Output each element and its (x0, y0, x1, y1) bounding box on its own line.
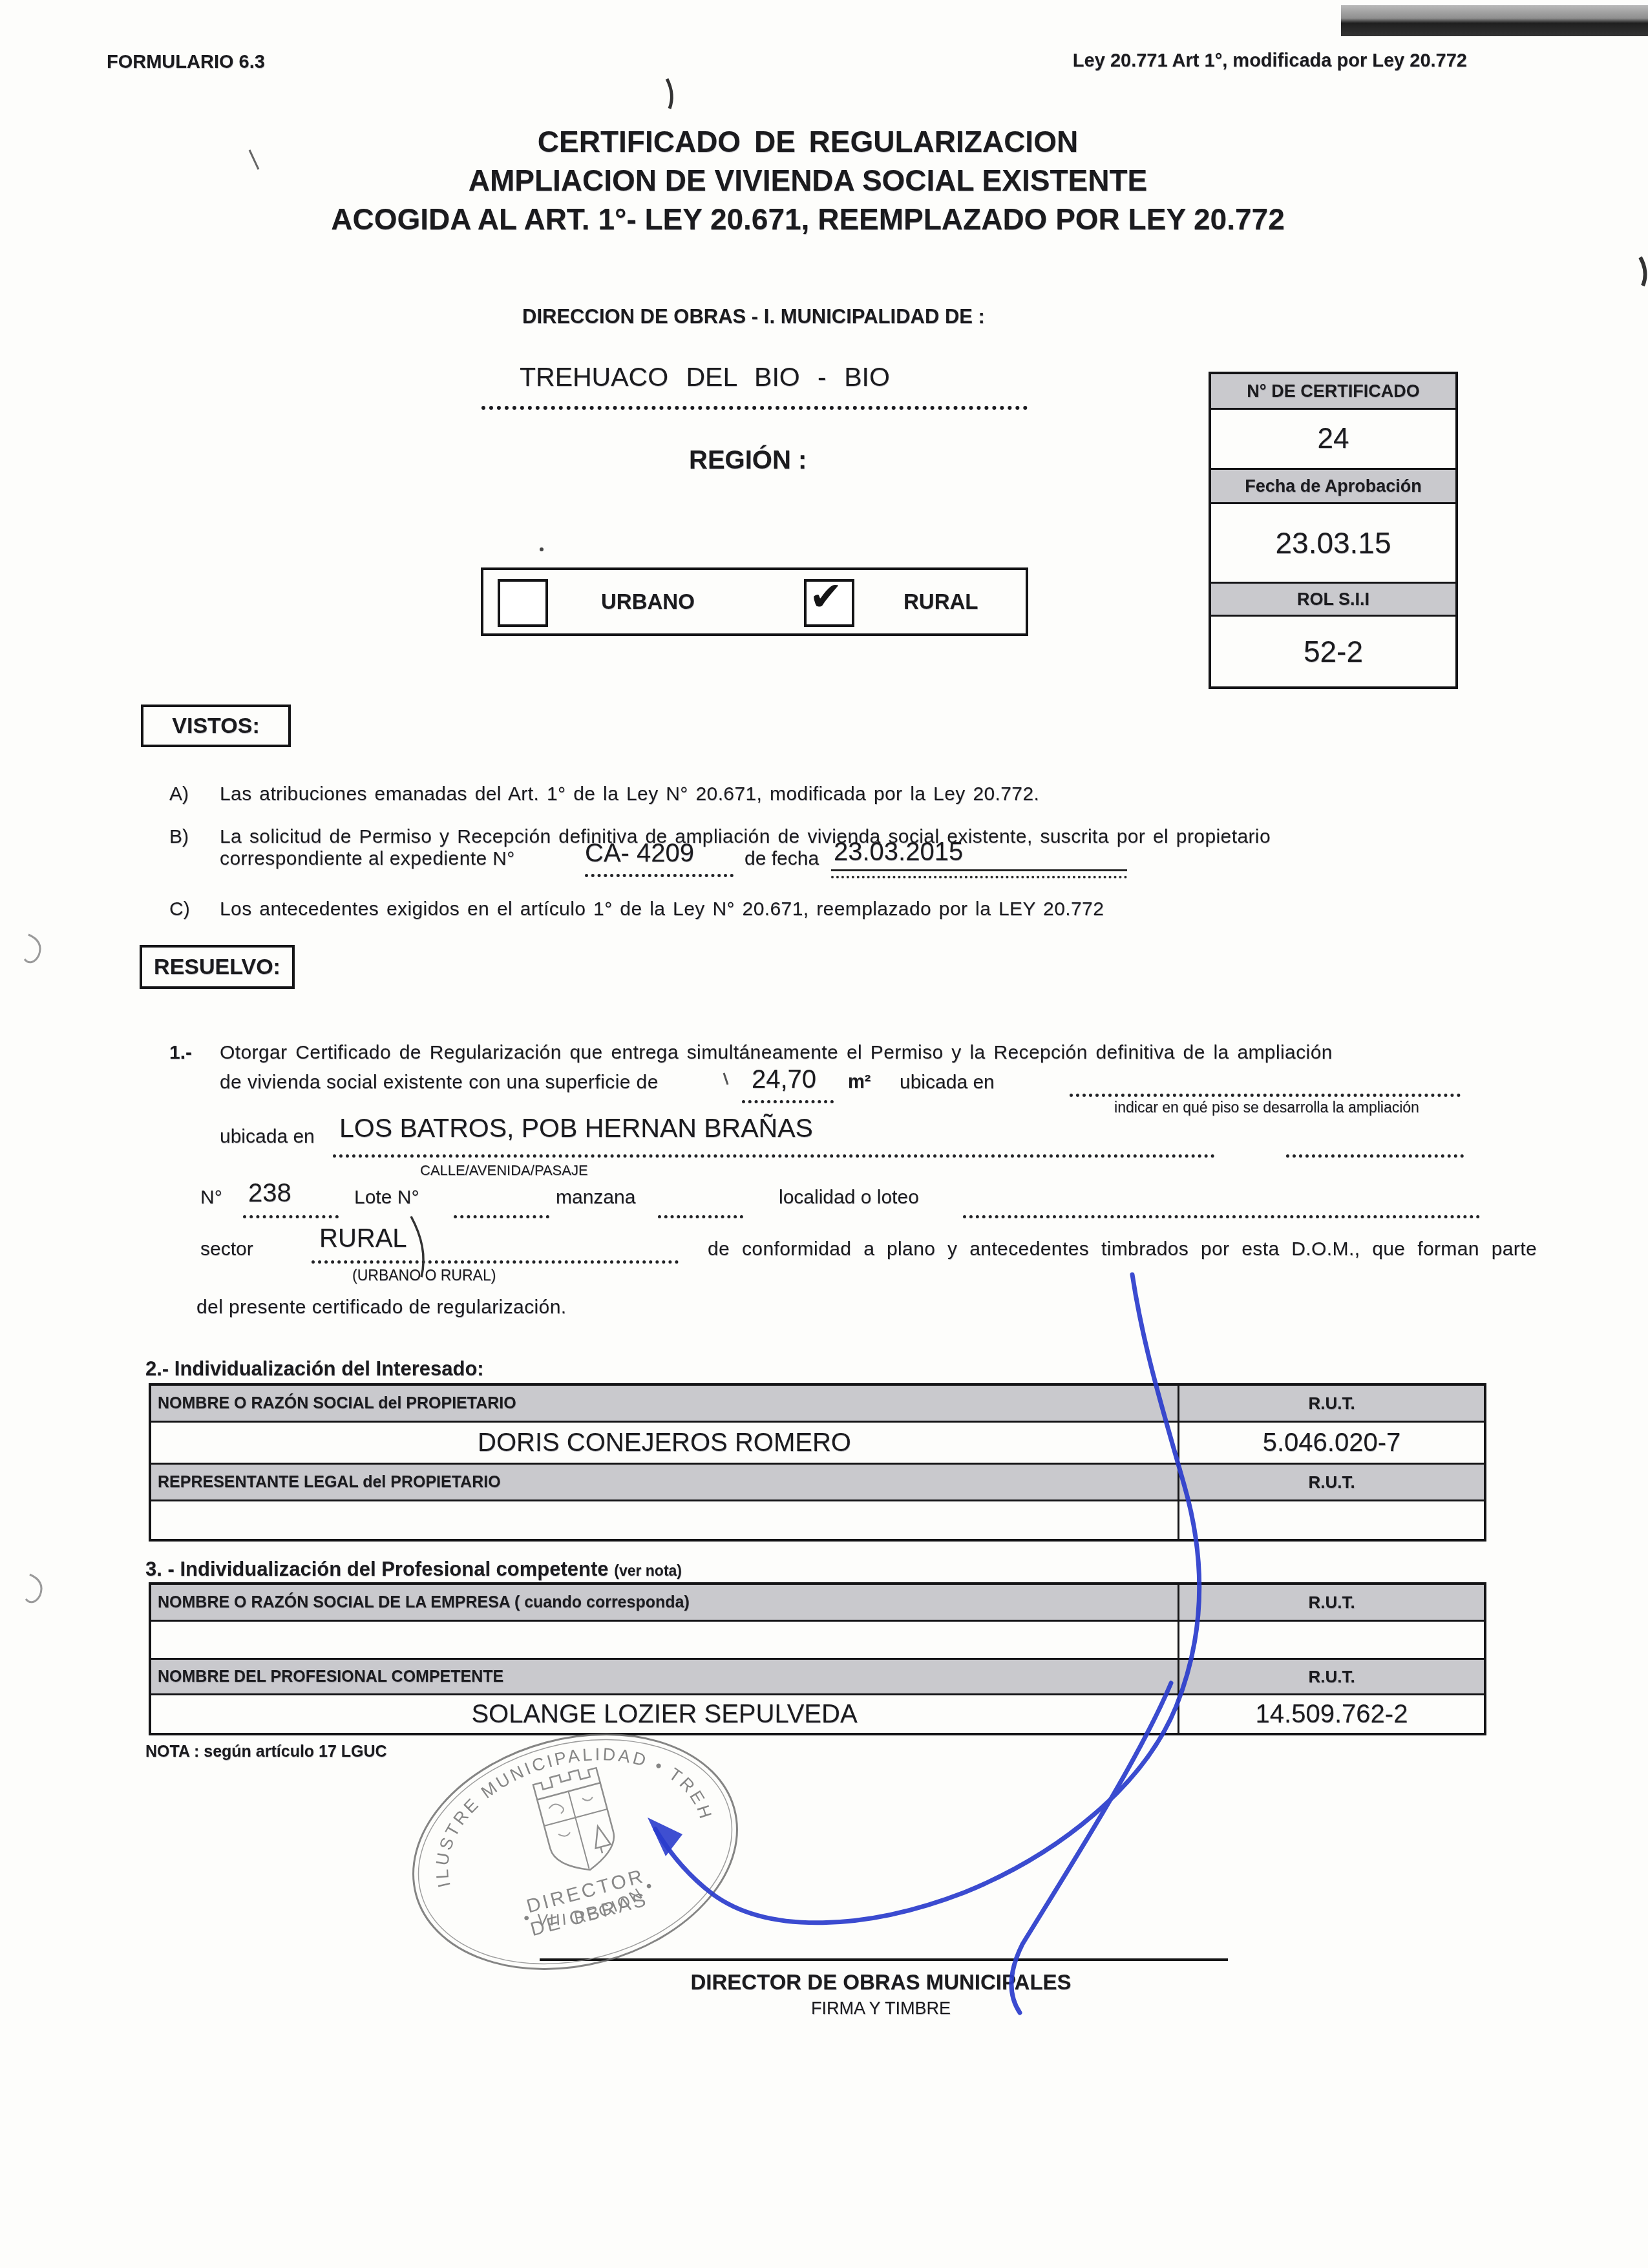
nota-text: NOTA : según artículo 17 LGUC (145, 1743, 387, 1761)
superficie-dotted-line (742, 1072, 834, 1103)
table-row: NOMBRE DEL PROFESIONAL COMPETENTE R.U.T. (151, 1660, 1484, 1695)
vistos-heading: VISTOS: (172, 714, 259, 739)
resuelvo-item1-label: 1.- (169, 1042, 192, 1064)
title-line-3: ACOGIDA AL ART. 1°- LEY 20.671, REEMPLAZ… (0, 202, 1616, 237)
certificate-box: N° DE CERTIFICADO 24 Fecha de Aprobación… (1209, 372, 1458, 689)
cert-date-value: 23.03.15 (1275, 525, 1391, 560)
ubicada-label-2: ubicada en (220, 1126, 315, 1148)
profesional-table: NOMBRE O RAZÓN SOCIAL DE LA EMPRESA ( cu… (149, 1582, 1486, 1735)
table-row: NOMBRE O RAZÓN SOCIAL del PROPIETARIO R.… (151, 1386, 1484, 1423)
lote-dotted-line (454, 1187, 549, 1218)
empresa-header: NOMBRE O RAZÓN SOCIAL DE LA EMPRESA ( cu… (151, 1593, 690, 1612)
numero-label: N° (200, 1187, 222, 1209)
rut-header: R.U.T. (1308, 1394, 1355, 1414)
municipality-name: TREHUACO DEL BIO - BIO (520, 362, 890, 392)
checkmark-icon: ✔ (809, 573, 843, 620)
vistos-a-label: A) (169, 783, 189, 805)
owner-rut-value: 5.046.020-7 (1263, 1428, 1401, 1457)
resuelvo-heading-box: RESUELVO: (140, 945, 295, 989)
rural-checkbox: ✔ (804, 579, 854, 627)
owner-header: NOMBRE O RAZÓN SOCIAL del PROPIETARIO (151, 1394, 516, 1413)
stamp-center-line2: DE OBRAS (528, 1889, 650, 1940)
calle-caption: CALLE/AVENIDA/PASAJE (420, 1162, 588, 1179)
owner-name-value: DORIS CONEJEROS ROMERO (478, 1428, 851, 1457)
rut-header: R.U.T. (1308, 1472, 1355, 1492)
vistos-c-text: Los antecedentes exigidos en el artículo… (220, 898, 1104, 920)
de-fecha-label: de fecha (745, 848, 819, 870)
vistos-heading-box: VISTOS: (141, 705, 291, 747)
urbano-label: URBANO (601, 589, 695, 614)
superficie-prefix: de vivienda social existente con una sup… (220, 1072, 659, 1094)
manzana-dotted-line (658, 1187, 743, 1218)
piso-caption: indicar en qué piso se desarrolla la amp… (1073, 1099, 1461, 1116)
sector-dotted-line (312, 1232, 679, 1264)
region-label: REGIÓN : (689, 446, 807, 475)
rut-header: R.U.T. (1308, 1593, 1355, 1613)
scan-artifact-bar (1341, 5, 1648, 36)
table-row: REPRESENTANTE LEGAL del PROPIETARIO R.U.… (151, 1465, 1484, 1501)
form-number: FORMULARIO 6.3 (107, 52, 265, 73)
resuelvo-item1-text: Otorgar Certificado de Regularización qu… (220, 1042, 1333, 1064)
localidad-dotted-line (963, 1187, 1480, 1218)
stamp-ring-bottom-text: • VIII REGION • (518, 1874, 663, 1942)
piso-dotted-line (1070, 1065, 1461, 1097)
rural-label: RURAL (903, 589, 978, 614)
zone-panel: URBANO ✔ RURAL (481, 567, 1028, 636)
closing-text: del presente certificado de regularizaci… (196, 1297, 567, 1319)
ubicada-label-1: ubicada en (900, 1072, 995, 1094)
law-reference: Ley 20.771 Art 1°, modificada por Ley 20… (1073, 50, 1467, 72)
vistos-b-label: B) (169, 826, 189, 848)
vistos-c-label: C) (169, 898, 190, 920)
urbano-checkbox (498, 579, 548, 627)
numero-dotted-line (243, 1187, 339, 1218)
direccion-dotted-line (333, 1126, 1215, 1158)
m2-label: m² (848, 1072, 871, 1093)
fecha-underline (831, 869, 1127, 878)
table-row (151, 1501, 1484, 1539)
section3-heading-note: (ver nota) (614, 1562, 682, 1579)
table-row: NOMBRE O RAZÓN SOCIAL DE LA EMPRESA ( cu… (151, 1585, 1484, 1622)
sector-caption: (URBANO O RURAL) (352, 1267, 496, 1284)
vistos-a-text: Las atribuciones emanadas del Art. 1° de… (220, 783, 1039, 805)
cert-date-label: Fecha de Aprobación (1245, 476, 1422, 496)
pen-arrowhead (648, 1818, 682, 1856)
municipality-dotted-line (481, 406, 1028, 410)
profesional-rut-value: 14.509.762-2 (1256, 1700, 1408, 1729)
section2-heading: 2.- Individualización del Interesado: (145, 1357, 484, 1381)
signature-caption: FIRMA Y TIMBRE (655, 1998, 1107, 2019)
profesional-header: NOMBRE DEL PROFESIONAL COMPETENTE (151, 1668, 503, 1686)
manzana-label: manzana (556, 1187, 635, 1209)
title-line-1: CERTIFICADO DE REGULARIZACION (0, 124, 1616, 159)
rep-header: REPRESENTANTE LEGAL del PROPIETARIO (151, 1473, 501, 1492)
table-row (151, 1622, 1484, 1660)
section3-heading-main: 3. - Individualización del Profesional c… (145, 1558, 609, 1580)
rut-header: R.U.T. (1308, 1667, 1355, 1687)
resuelvo-heading: RESUELVO: (154, 955, 280, 980)
conformidad-text: de conformidad a plano y antecedentes ti… (708, 1238, 1537, 1260)
vistos-b-line1: La solicitud de Permiso y Recepción defi… (220, 826, 1271, 848)
localidad-label: localidad o loteo (779, 1187, 919, 1209)
interesado-table: NOMBRE O RAZÓN SOCIAL del PROPIETARIO R.… (149, 1383, 1486, 1542)
direccion-dotted-line-2 (1286, 1126, 1464, 1158)
cert-rol-value: 52-2 (1304, 634, 1363, 669)
profesional-name-value: SOLANGE LOZIER SEPULVEDA (471, 1700, 857, 1729)
expediente-dotted-line (585, 845, 734, 877)
cert-rol-label: ROL S.I.I (1297, 589, 1369, 609)
table-row: SOLANGE LOZIER SEPULVEDA 14.509.762-2 (151, 1695, 1484, 1733)
dom-label: DIRECCION DE OBRAS - I. MUNICIPALIDAD DE… (0, 305, 1507, 328)
signature-title: DIRECTOR DE OBRAS MUNICIPALES (655, 1970, 1107, 1995)
title-line-2: AMPLIACION DE VIVIENDA SOCIAL EXISTENTE (0, 163, 1616, 198)
svg-text:• VIII REGION •: • VIII REGION • (518, 1874, 663, 1942)
vistos-b-line2-prefix: correspondiente al expediente N° (220, 848, 515, 870)
scanned-form-page: FORMULARIO 6.3 Ley 20.771 Art 1°, modifi… (0, 0, 1648, 2268)
fecha-value: 23.03.2015 (834, 838, 963, 867)
stamp-center-line1: DIRECTOR (524, 1865, 647, 1918)
table-row: DORIS CONEJEROS ROMERO 5.046.020-7 (151, 1423, 1484, 1465)
lote-label: Lote N° (354, 1187, 419, 1209)
cert-number-value: 24 (1318, 423, 1349, 455)
sector-label: sector (200, 1238, 253, 1260)
cert-number-label: N° DE CERTIFICADO (1247, 381, 1419, 401)
signature-line (540, 1958, 1228, 1961)
section3-heading: 3. - Individualización del Profesional c… (145, 1558, 682, 1581)
